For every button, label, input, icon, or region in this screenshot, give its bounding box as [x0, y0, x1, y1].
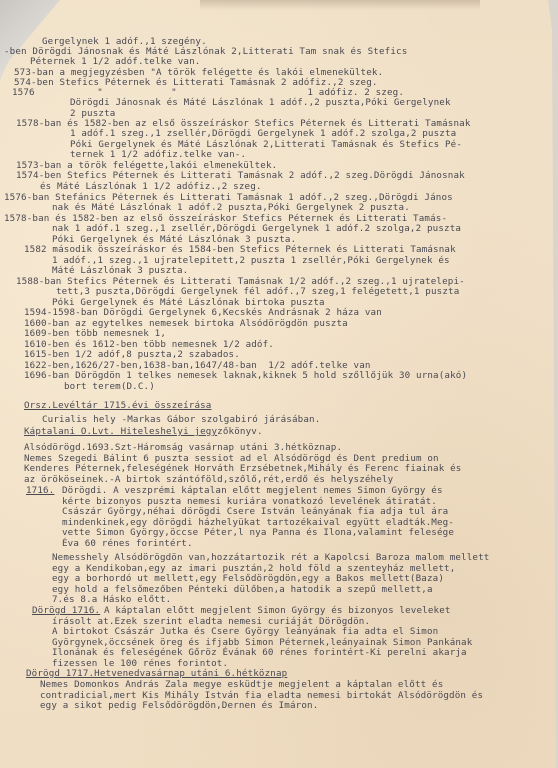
document-line: egy a borhordó ut mellett,egy Felsődörög… — [52, 574, 444, 585]
typewritten-document: Gergelynek 1 adóf.,1 szegény.-ben Dörögd… — [0, 0, 558, 768]
document-line: Éva 60 rénes forintért. — [62, 539, 193, 550]
document-line: Curialis hely -Markas Gábor szolgabiró j… — [42, 415, 320, 426]
document-line: Császár György,néhai dörögdi Csere Istvá… — [62, 507, 448, 518]
document-line: 1716. — [26, 486, 54, 497]
document-line: Dörögd 1716. — [32, 606, 100, 617]
document-line: Orsz.Levéltár 1715.évi összeírása — [24, 401, 211, 412]
document-line: nak és Máté Lászlónak 1 adóf.2 puszta,Pó… — [52, 203, 410, 214]
document-line: 1 adóf.1 szeg.,1 zsellér,Dörögdi Gergely… — [70, 129, 456, 140]
document-line: tett,3 puszta,Dörögdi Gergelynek fél adó… — [56, 287, 459, 298]
document-line: Péternek 1 1/2 adóf.telke van. — [30, 57, 200, 68]
document-line: 1574-ben Stefics Péternek és Litterati T… — [16, 171, 465, 182]
document-line: egy a sikot pedig Felsődörögdön,Dernen é… — [40, 701, 318, 712]
document-line: 7.és 8.a Hásko előtt. — [52, 595, 171, 606]
document-line: és Máté Lászlónak 1 1/2 adófiz.,2 szeg. — [40, 182, 262, 193]
document-line: 1615-ben 1/2 adóf,8 puszta,2 szabados. — [24, 350, 240, 361]
document-line: bort terem(D.C.) — [64, 382, 155, 393]
document-line: Ilonának és feleségének Gőröz Évának 60 … — [52, 648, 467, 659]
document-line: Nemesshely Alsódörögdön van,hozzátartozi… — [52, 553, 489, 564]
document-line: Máté Lászlónak 3 puszta. — [52, 266, 188, 277]
document-line: 1609-ben több nemesnek 1, — [24, 329, 166, 340]
document-line: az örököseinek.-A birtok szántóföld,szől… — [24, 475, 393, 486]
document-line: A birtokot Császár Jutka és Csere György… — [52, 627, 438, 638]
document-line: A káptalan előtt megjelent Simon György … — [104, 606, 451, 617]
document-line: Dörögdi. A veszprémi káptalan előtt megj… — [62, 486, 443, 497]
document-line: 1594-1598-ban Dörögdi Gergelynek 6,Kecsk… — [24, 308, 382, 319]
document-line: Kenderes Péternek,feleségének Horváth Er… — [24, 464, 461, 475]
document-line: 1696-ban Dörögdön 1 telkes nemesek lakna… — [24, 371, 467, 382]
document-line: 1582 második összeíráskor és 1584-ben St… — [24, 245, 456, 256]
document-line: Nemes Domonkos András Zala megye esküdtj… — [40, 680, 443, 691]
document-line: Káptalani O.Lvt. Hiteleshelyi jegyzőköny… — [24, 427, 263, 438]
document-line: Dörögdi Jánosnak és Máté Lászlónak 1 adó… — [70, 98, 451, 109]
document-line: Alsódörögd.1693.Szt-Háromság vasárnap ut… — [24, 443, 342, 454]
document-line: vette Simon György,öccse Péter,l nya Pan… — [62, 528, 454, 539]
document-line: Dörögd 1717.Hetvenedvasárnap utáni 6.hét… — [26, 669, 287, 680]
document-line: ternek 1 1/2 adófiz.telke van-. — [70, 150, 246, 161]
document-line: nak 1 adóf.1 szeg.,1 zsellér,Dörögdi Ger… — [52, 224, 461, 235]
